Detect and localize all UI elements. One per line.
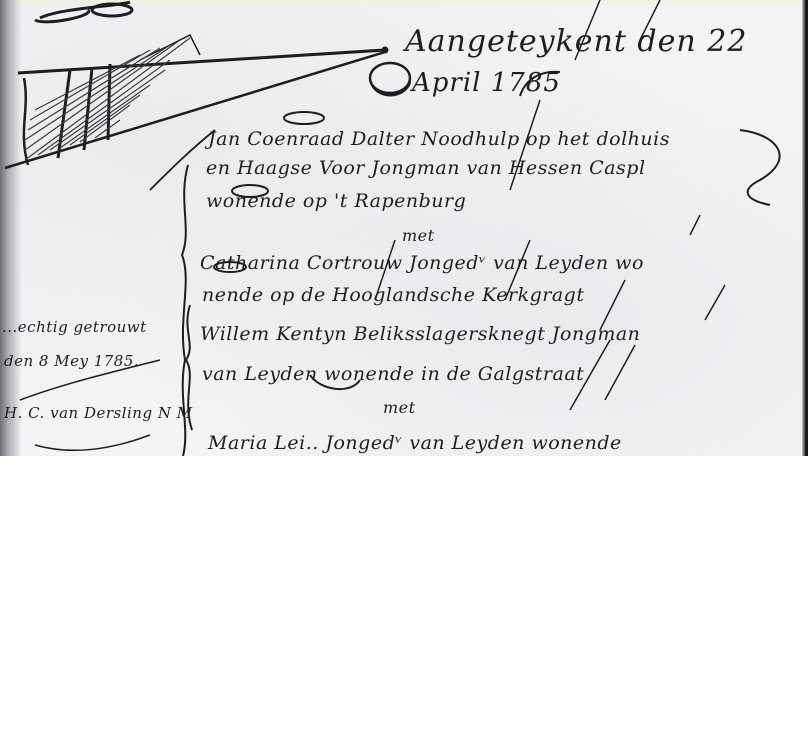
margin-note-line-2: den 8 Mey 1785. xyxy=(4,352,139,370)
entry-2-line-1: Catharina Cortrouw Jongedᵛ van Leyden wo xyxy=(200,252,644,274)
entry-4-separator: met xyxy=(383,398,416,417)
blank-area xyxy=(0,456,808,730)
heading-line-2: April 1785 xyxy=(412,68,561,98)
entry-2-line-2: nende op de Hooglandsche Kerkgragt xyxy=(202,284,584,306)
page: 98 Aangeteykent den 22 April 1785 Jan Co… xyxy=(0,0,808,730)
heading-line-1: Aangeteykent den 22 xyxy=(405,24,747,59)
entry-2-separator: met xyxy=(402,226,435,245)
entry-3-line-1: Willem Kentyn Beliksslagersknegt Jongman xyxy=(200,323,640,345)
scanned-document-image: 98 Aangeteykent den 22 April 1785 Jan Co… xyxy=(0,0,808,456)
entry-3-line-2: van Leyden wonende in de Galgstraat xyxy=(202,363,584,385)
entry-1-line-3: wonende op 't Rapenburg xyxy=(206,190,466,212)
margin-note-line-1: ...echtig getrouwt xyxy=(2,318,147,336)
entry-1-line-2: en Haagse Voor Jongman van Hessen Caspl xyxy=(206,157,646,179)
margin-note-signature: H. C. van Dersling N M xyxy=(4,404,193,422)
binding-shadow xyxy=(0,0,22,456)
heading-flourish-icon xyxy=(370,63,410,95)
page-edge xyxy=(802,0,808,456)
entry-4-line-1: Maria Lei.. Jongedᵛ van Leyden wonende xyxy=(208,432,622,454)
entry-1-line-1: Jan Coenraad Dalter Noodhulp op het dolh… xyxy=(208,128,670,150)
